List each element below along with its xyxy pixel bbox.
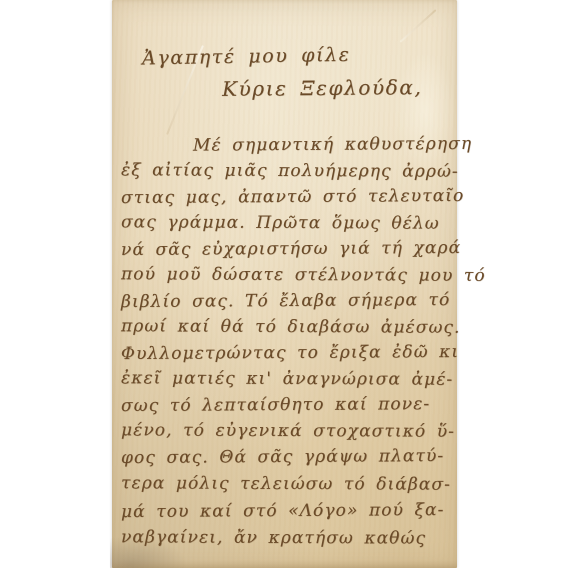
letter-line: φος σας. Θά σᾶς γράψω πλατύ- [121,443,459,472]
letter-line: σας γράμμα. Πρῶτα ὅμως θέλω [121,209,459,236]
letter-line: βιβλίο σας. Τό ἔλαβα σήμερα τό [121,287,459,315]
letter-line: σως τό λεπταίσθητο καί πονε- [121,391,459,419]
letter-paper: Ἀγαπητέ μου φίλε Κύριε Ξεφλούδα, Μέ σημα… [112,0,457,568]
letter-line: Φυλλομετρώντας το ἔριξα ἐδῶ κι [121,339,459,367]
letter-line: πρωί καί θά τό διαβάσω ἀμέσως. [121,313,459,340]
letter-line: νά σᾶς εὐχαριστήσω γιά τή χαρά [121,235,459,263]
letter-line: μένο, τό εὐγενικά στοχαστικό ὕ- [121,417,459,444]
letter-line: ἐξ αἰτίας μιᾶς πολυήμερης ἀρρώ- [121,157,459,184]
paper-edge-shadow [112,560,457,568]
letter-line: τερα μόλις τελειώσω τό διάβασ- [121,470,459,498]
letter-line: ναβγαίνει, ἄν κρατήσω καθώς [121,524,459,552]
photo-background: Ἀγαπητέ μου φίλε Κύριε Ξεφλούδα, Μέ σημα… [0,0,568,568]
letter-line: Κύριε Ξεφλούδα, [222,71,423,105]
letter-body: Μέ σημαντική καθυστέρηση ἐξ αἰτίας μιᾶς … [121,132,459,552]
letter-line: Μέ σημαντική καθυστέρηση [121,131,459,159]
letter-line: πού μοῦ δώσατε στέλνοντάς μου τό [121,261,459,288]
letter-line: ἐκεῖ ματιές κι' ἀναγνώρισα ἀμέ- [121,365,459,392]
letter-line: Ἀγαπητέ μου φίλε [142,38,423,75]
letter-greeting: Ἀγαπητέ μου φίλε Κύριε Ξεφλούδα, [142,40,422,104]
letter-line: στιας μας, ἀπαντῶ στό τελευταῖο [121,183,459,211]
letter-line: μά του καί στό «Λόγο» πού ξα- [121,497,459,526]
